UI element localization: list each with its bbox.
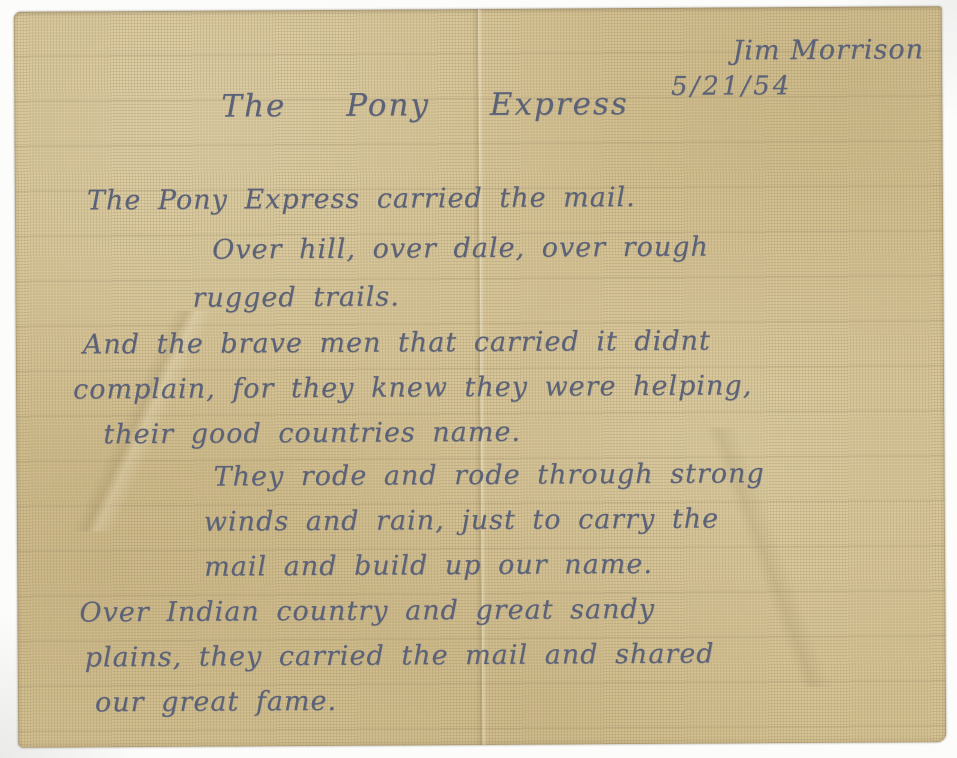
poem-title: The Pony Express <box>221 86 629 124</box>
poem-line: complain, for they knew they were helpin… <box>73 370 752 405</box>
poem-line: rugged trails. <box>192 281 399 313</box>
author-name: Jim Morrison <box>732 34 924 66</box>
poem-line: The Pony Express carried the mail. <box>87 182 636 216</box>
date: 5/21/54 <box>671 71 792 102</box>
poem-line: plains, they carried the mail and shared <box>85 639 715 674</box>
poem-line: Over hill, over dale, over rough <box>212 232 709 266</box>
poem-line: They rode and rode through strong <box>214 458 765 492</box>
paper-sheet: Jim Morrison 5/21/54 The Pony Express Th… <box>14 6 946 748</box>
poem-line: their good countries name. <box>103 417 521 451</box>
poem-line: Over Indian country and great sandy <box>79 594 655 629</box>
poem-line: mail and build up our name. <box>204 549 653 583</box>
poem-line: And the brave men that carried it didnt <box>83 326 711 361</box>
poem-line: winds and rain, just to carry the <box>204 504 719 538</box>
poem-line: our great fame. <box>95 686 337 718</box>
